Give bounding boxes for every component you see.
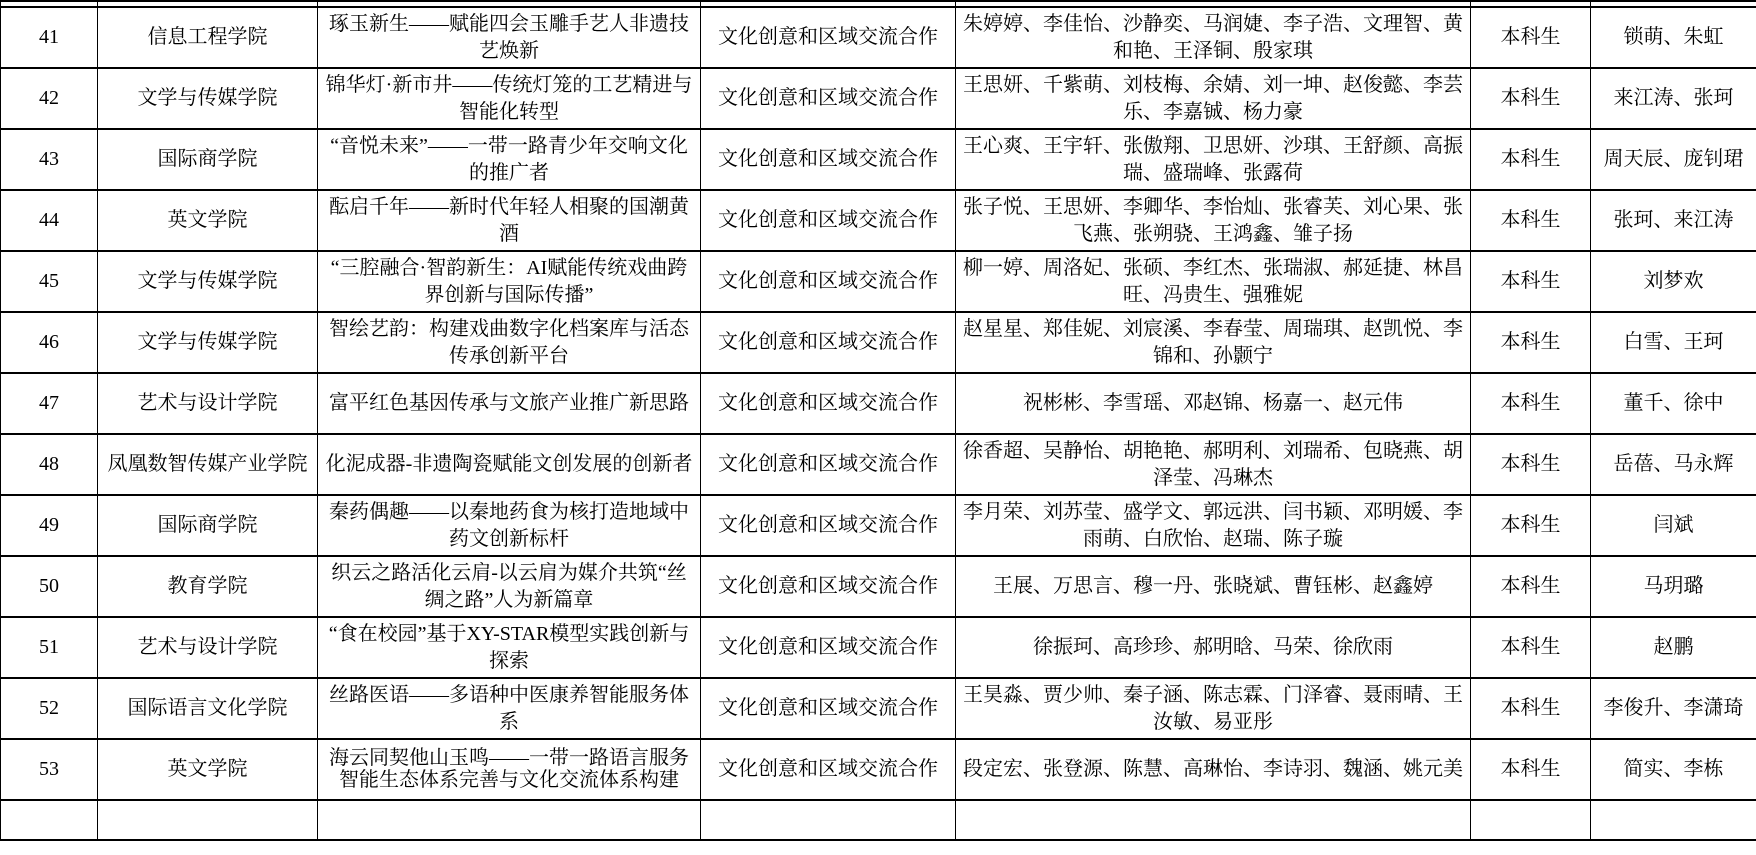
cell-team-members: 徐振珂、高珍珍、郝明晗、马荣、徐欣雨 xyxy=(956,617,1471,678)
cell-team-members: 段定宏、张登源、陈慧、高琳怡、李诗羽、魏涵、姚元美 xyxy=(956,739,1471,800)
cell-advisors: 马玥璐 xyxy=(1591,556,1756,617)
table-row: 49 国际商学院 秦药偶趣——以秦地药食为核打造地域中药文创新标杆 文化创意和区… xyxy=(1,495,1756,556)
cell-student-type: 本科生 xyxy=(1471,373,1591,434)
cell-category: 文化创意和区域交流合作 xyxy=(701,556,956,617)
empty-cell xyxy=(1,800,98,840)
cell-team-members: 王心爽、王宇轩、张傲翔、卫思妍、沙琪、王舒颜、高振瑞、盛瑞峰、张露荷 xyxy=(956,129,1471,190)
cell-college: 国际语言文化学院 xyxy=(98,678,318,739)
cell-advisors: 赵鹏 xyxy=(1591,617,1756,678)
cell-team-members: 赵星星、郑佳妮、刘宸溪、李春莹、周瑞琪、赵凯悦、李锦和、孙颢宁 xyxy=(956,312,1471,373)
cell-category: 文化创意和区域交流合作 xyxy=(701,251,956,312)
cell-project-title: 海云同契他山玉鸣——一带一路语言服务智能生态体系完善与文化交流体系构建 xyxy=(318,739,701,800)
project-list-table: 41 信息工程学院 琢玉新生——赋能四会玉雕手艺人非遗技艺焕新 文化创意和区域交… xyxy=(0,0,1756,841)
empty-cell xyxy=(1591,800,1756,840)
empty-cell xyxy=(1471,800,1591,840)
cell-advisors: 简实、李栋 xyxy=(1591,739,1756,800)
cell-category: 文化创意和区域交流合作 xyxy=(701,7,956,68)
table-row: 42 文学与传媒学院 锦华灯·新市井——传统灯笼的工艺精进与智能化转型 文化创意… xyxy=(1,68,1756,129)
cell-project-title: 丝路医语——多语种中医康养智能服务体系 xyxy=(318,678,701,739)
cell-row-number: 49 xyxy=(1,495,98,556)
cell-row-number: 53 xyxy=(1,739,98,800)
cell-category: 文化创意和区域交流合作 xyxy=(701,373,956,434)
table-row: 43 国际商学院 “音悦未来”——一带一路青少年交响文化的推广者 文化创意和区域… xyxy=(1,129,1756,190)
cell-student-type: 本科生 xyxy=(1471,556,1591,617)
empty-cell xyxy=(98,800,318,840)
cell-advisors: 董千、徐中 xyxy=(1591,373,1756,434)
cell-college: 凤凰数智传媒产业学院 xyxy=(98,434,318,495)
cell-project-title: 化泥成器-非遗陶瓷赋能文创发展的创新者 xyxy=(318,434,701,495)
cell-college: 国际商学院 xyxy=(98,495,318,556)
cell-college: 文学与传媒学院 xyxy=(98,68,318,129)
cell-project-title: “三腔融合·智韵新生：AI赋能传统戏曲跨界创新与国际传播” xyxy=(318,251,701,312)
cell-college: 教育学院 xyxy=(98,556,318,617)
cell-student-type: 本科生 xyxy=(1471,190,1591,251)
table-row: 52 国际语言文化学院 丝路医语——多语种中医康养智能服务体系 文化创意和区域交… xyxy=(1,678,1756,739)
cell-row-number: 51 xyxy=(1,617,98,678)
cell-row-number: 47 xyxy=(1,373,98,434)
cell-team-members: 王思妍、千紫萌、刘枝梅、余婧、刘一坤、赵俊懿、李芸乐、李嘉铖、杨力豪 xyxy=(956,68,1471,129)
cell-college: 英文学院 xyxy=(98,739,318,800)
table-row-partial-bottom xyxy=(1,800,1756,840)
cell-college: 文学与传媒学院 xyxy=(98,312,318,373)
cell-student-type: 本科生 xyxy=(1471,7,1591,68)
cell-project-title: “食在校园”基于XY-STAR模型实践创新与探索 xyxy=(318,617,701,678)
table-row: 41 信息工程学院 琢玉新生——赋能四会玉雕手艺人非遗技艺焕新 文化创意和区域交… xyxy=(1,7,1756,68)
cell-row-number: 43 xyxy=(1,129,98,190)
cell-student-type: 本科生 xyxy=(1471,251,1591,312)
cell-project-title: 秦药偶趣——以秦地药食为核打造地域中药文创新标杆 xyxy=(318,495,701,556)
cell-advisors: 岳蓓、马永辉 xyxy=(1591,434,1756,495)
table-row: 44 英文学院 酝启千年——新时代年轻人相聚的国潮黄酒 文化创意和区域交流合作 … xyxy=(1,190,1756,251)
cell-category: 文化创意和区域交流合作 xyxy=(701,495,956,556)
cell-team-members: 徐香超、吴静怡、胡艳艳、郝明利、刘瑞希、包晓燕、胡泽莹、冯琳杰 xyxy=(956,434,1471,495)
cell-team-members: 王展、万思言、穆一丹、张晓斌、曹钰彬、赵鑫婷 xyxy=(956,556,1471,617)
cell-college: 艺术与设计学院 xyxy=(98,617,318,678)
empty-cell xyxy=(318,800,701,840)
cell-team-members: 李月荣、刘苏莹、盛学文、郭远洪、闫书颖、邓明媛、李雨萌、白欣怡、赵瑞、陈子璇 xyxy=(956,495,1471,556)
cell-row-number: 52 xyxy=(1,678,98,739)
cell-team-members: 柳一婷、周洛妃、张硕、李红杰、张瑞淑、郝延捷、林昌旺、冯贵生、强雅妮 xyxy=(956,251,1471,312)
cell-student-type: 本科生 xyxy=(1471,495,1591,556)
cell-team-members: 张子悦、王思妍、李卿华、李怡灿、张睿芙、刘心果、张飞燕、张朔骁、王鸿鑫、雏子扬 xyxy=(956,190,1471,251)
cell-student-type: 本科生 xyxy=(1471,678,1591,739)
cell-student-type: 本科生 xyxy=(1471,68,1591,129)
cell-row-number: 41 xyxy=(1,7,98,68)
cell-project-title: 富平红色基因传承与文旅产业推广新思路 xyxy=(318,373,701,434)
cell-row-number: 46 xyxy=(1,312,98,373)
table-row: 46 文学与传媒学院 智绘艺韵：构建戏曲数字化档案库与活态传承创新平台 文化创意… xyxy=(1,312,1756,373)
cell-project-title: 酝启千年——新时代年轻人相聚的国潮黄酒 xyxy=(318,190,701,251)
cell-advisors: 张珂、来江涛 xyxy=(1591,190,1756,251)
cell-category: 文化创意和区域交流合作 xyxy=(701,739,956,800)
table-row: 53 英文学院 海云同契他山玉鸣——一带一路语言服务智能生态体系完善与文化交流体… xyxy=(1,739,1756,800)
cell-student-type: 本科生 xyxy=(1471,739,1591,800)
cell-college: 信息工程学院 xyxy=(98,7,318,68)
cell-project-title: “音悦未来”——一带一路青少年交响文化的推广者 xyxy=(318,129,701,190)
table-row: 50 教育学院 织云之路活化云肩-以云肩为媒介共筑“丝绸之路”人为新篇章 文化创… xyxy=(1,556,1756,617)
cell-advisors: 白雪、王珂 xyxy=(1591,312,1756,373)
empty-cell xyxy=(701,800,956,840)
cell-row-number: 44 xyxy=(1,190,98,251)
cell-college: 艺术与设计学院 xyxy=(98,373,318,434)
cell-category: 文化创意和区域交流合作 xyxy=(701,68,956,129)
cell-college: 英文学院 xyxy=(98,190,318,251)
cell-college: 国际商学院 xyxy=(98,129,318,190)
cell-team-members: 朱婷婷、李佳怡、沙静奕、马润婕、李子浩、文理智、黄和艳、王泽铜、殷家琪 xyxy=(956,7,1471,68)
cell-student-type: 本科生 xyxy=(1471,617,1591,678)
cell-row-number: 42 xyxy=(1,68,98,129)
empty-cell xyxy=(956,800,1471,840)
cell-project-title: 织云之路活化云肩-以云肩为媒介共筑“丝绸之路”人为新篇章 xyxy=(318,556,701,617)
cell-category: 文化创意和区域交流合作 xyxy=(701,129,956,190)
table-row: 48 凤凰数智传媒产业学院 化泥成器-非遗陶瓷赋能文创发展的创新者 文化创意和区… xyxy=(1,434,1756,495)
cell-category: 文化创意和区域交流合作 xyxy=(701,434,956,495)
cell-project-title: 锦华灯·新市井——传统灯笼的工艺精进与智能化转型 xyxy=(318,68,701,129)
cell-project-title: 琢玉新生——赋能四会玉雕手艺人非遗技艺焕新 xyxy=(318,7,701,68)
cell-student-type: 本科生 xyxy=(1471,312,1591,373)
cell-advisors: 周天辰、庞钊珺 xyxy=(1591,129,1756,190)
cell-student-type: 本科生 xyxy=(1471,434,1591,495)
cell-project-title: 智绘艺韵：构建戏曲数字化档案库与活态传承创新平台 xyxy=(318,312,701,373)
cell-advisors: 闫斌 xyxy=(1591,495,1756,556)
cell-row-number: 48 xyxy=(1,434,98,495)
cell-category: 文化创意和区域交流合作 xyxy=(701,678,956,739)
table-row: 47 艺术与设计学院 富平红色基因传承与文旅产业推广新思路 文化创意和区域交流合… xyxy=(1,373,1756,434)
table-row: 45 文学与传媒学院 “三腔融合·智韵新生：AI赋能传统戏曲跨界创新与国际传播”… xyxy=(1,251,1756,312)
cell-college: 文学与传媒学院 xyxy=(98,251,318,312)
cell-row-number: 45 xyxy=(1,251,98,312)
cell-advisors: 李俊升、李潇琦 xyxy=(1591,678,1756,739)
cell-team-members: 王昊淼、贾少帅、秦子涵、陈志霖、门泽睿、聂雨晴、王汝敏、易亚彤 xyxy=(956,678,1471,739)
table-row: 51 艺术与设计学院 “食在校园”基于XY-STAR模型实践创新与探索 文化创意… xyxy=(1,617,1756,678)
cell-category: 文化创意和区域交流合作 xyxy=(701,312,956,373)
cell-team-members: 祝彬彬、李雪瑶、邓赵锦、杨嘉一、赵元伟 xyxy=(956,373,1471,434)
cell-advisors: 锁萌、朱虹 xyxy=(1591,7,1756,68)
cell-category: 文化创意和区域交流合作 xyxy=(701,617,956,678)
cell-category: 文化创意和区域交流合作 xyxy=(701,190,956,251)
cell-advisors: 来江涛、张珂 xyxy=(1591,68,1756,129)
cell-row-number: 50 xyxy=(1,556,98,617)
cell-advisors: 刘梦欢 xyxy=(1591,251,1756,312)
cell-student-type: 本科生 xyxy=(1471,129,1591,190)
